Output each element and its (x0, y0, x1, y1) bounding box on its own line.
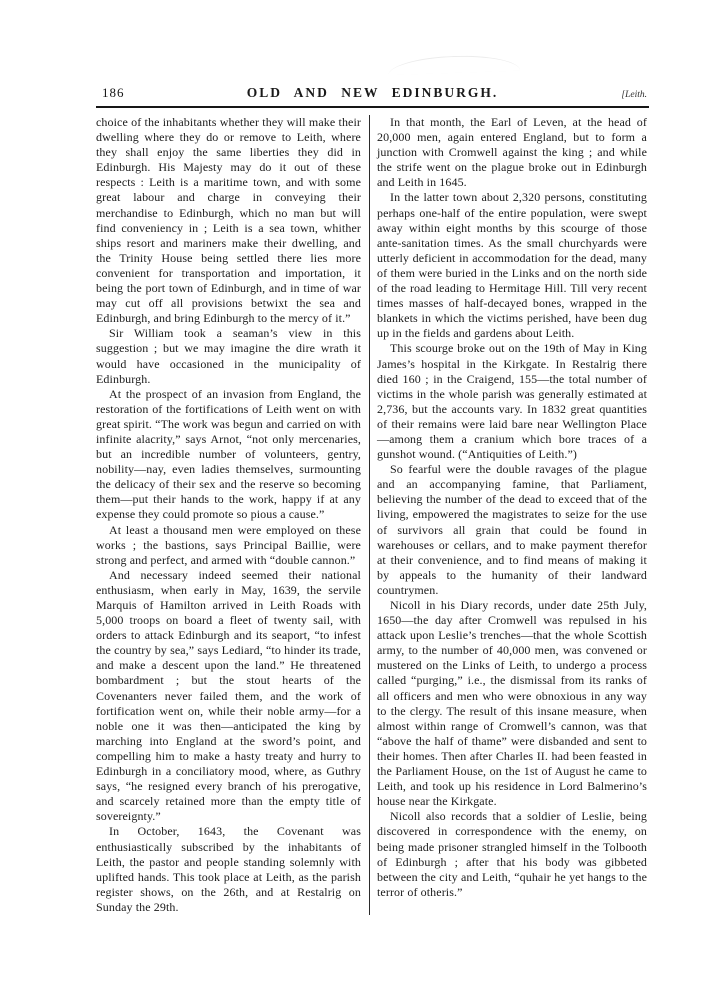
running-title: OLD AND NEW EDINBURGH. (96, 85, 649, 101)
page: 186 OLD AND NEW EDINBURGH. [Leith. choic… (96, 84, 649, 915)
paragraph: So fearful were the double ravages of th… (377, 462, 647, 598)
paragraph: In October, 1643, the Covenant was enthu… (96, 824, 361, 915)
paragraph: Nicoll also records that a soldier of Le… (377, 809, 647, 900)
paragraph: Sir William took a seaman’s view in this… (96, 326, 361, 386)
page-header: 186 OLD AND NEW EDINBURGH. [Leith. (96, 84, 649, 101)
column-right: In that month, the Earl of Leven, at the… (377, 115, 647, 915)
paragraph: This scourge broke out on the 19th of Ma… (377, 341, 647, 462)
paragraph: Nicoll in his Diary records, under date … (377, 598, 647, 809)
column-left: choice of the inhabitants whether they w… (96, 115, 361, 915)
header-rule (96, 106, 649, 108)
paragraph: In the latter town about 2,320 persons, … (377, 190, 647, 341)
section-marker: [Leith. (621, 90, 647, 100)
paragraph: And necessary indeed seemed their nation… (96, 568, 361, 825)
scan-artifact (388, 54, 521, 76)
paragraph: choice of the inhabitants whether they w… (96, 115, 361, 326)
paragraph: At least a thousand men were employed on… (96, 523, 361, 568)
paragraph: At the prospect of an invasion from Engl… (96, 387, 361, 523)
paragraph: In that month, the Earl of Leven, at the… (377, 115, 647, 190)
text-columns: choice of the inhabitants whether they w… (96, 115, 649, 915)
column-divider (369, 115, 370, 915)
